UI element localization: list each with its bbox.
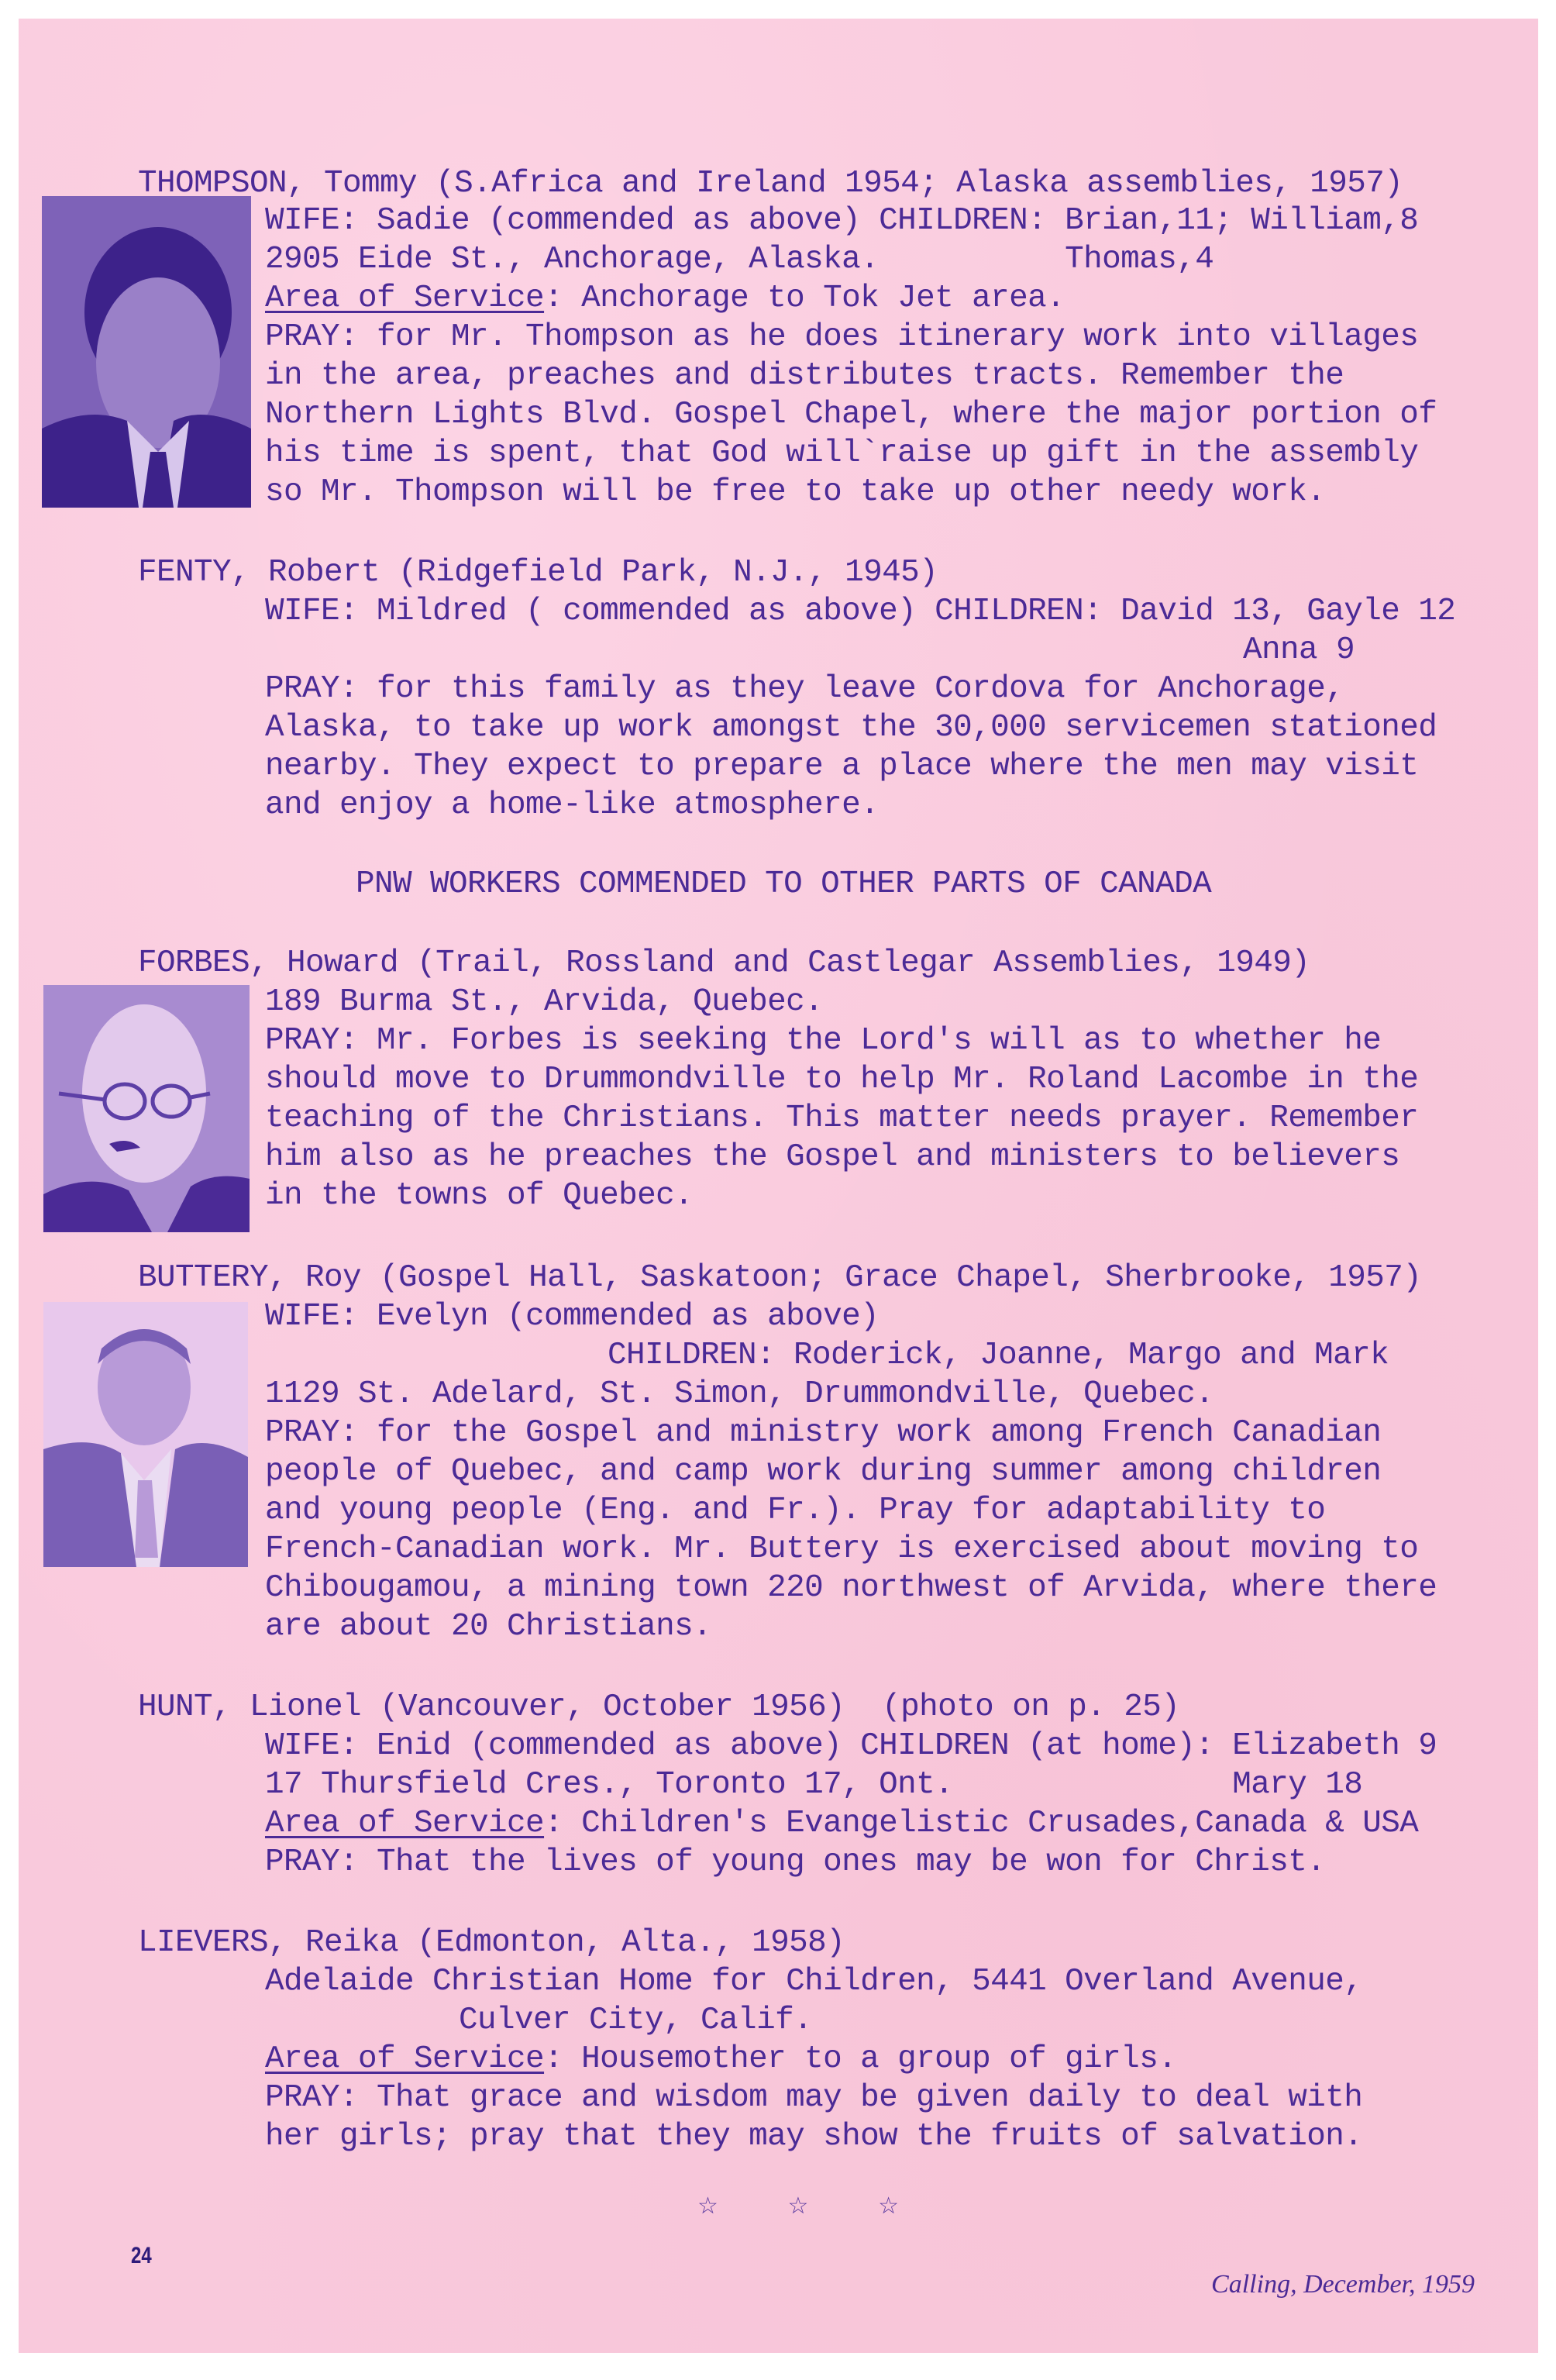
entry-lievers-pray-1: PRAY: That grace and wisdom may be given… bbox=[265, 2079, 1362, 2117]
entry-fenty-pray-1: PRAY: for this family as they leave Cord… bbox=[265, 670, 1344, 708]
entry-fenty-pray-4: and enjoy a home-like atmosphere. bbox=[265, 786, 879, 825]
entry-buttery-address: 1129 St. Adelard, St. Simon, Drummondvil… bbox=[265, 1375, 1213, 1414]
area-of-service-value: : Anchorage to Tok Jet area. bbox=[544, 281, 1065, 316]
entry-fenty-children-cont: Anna 9 bbox=[1243, 631, 1355, 670]
entry-lievers-pray-2: her girls; pray that they may show the f… bbox=[265, 2117, 1362, 2156]
entry-fenty-pray-2: Alaska, to take up work amongst the 30,0… bbox=[265, 708, 1437, 747]
photo-forbes bbox=[43, 985, 250, 1232]
star-divider: ☆ ☆ ☆ bbox=[682, 2192, 914, 2220]
entry-thompson-area: Area of Service: Anchorage to Tok Jet ar… bbox=[265, 279, 1065, 318]
entry-hunt-area: Area of Service: Children's Evangelistic… bbox=[265, 1804, 1418, 1843]
entry-buttery-pray-5: Chibougamou, a mining town 220 northwest… bbox=[265, 1569, 1437, 1607]
star-outline-icon: ☆ bbox=[788, 2192, 809, 2220]
publication-footer: Calling, December, 1959 bbox=[1211, 2270, 1475, 2299]
entry-buttery-pray-2: people of Quebec, and camp work during s… bbox=[265, 1452, 1381, 1491]
star-outline-icon: ☆ bbox=[697, 2192, 718, 2220]
entry-lievers-address-2: Culver City, Calif. bbox=[459, 2001, 812, 2040]
entry-thompson-pray-3: Northern Lights Blvd. Gospel Chapel, whe… bbox=[265, 395, 1437, 434]
area-of-service-label: Area of Service bbox=[265, 1806, 544, 1841]
portrait-image bbox=[43, 1302, 248, 1567]
photo-buttery bbox=[43, 1302, 248, 1567]
entry-forbes-pray-3: teaching of the Christians. This matter … bbox=[265, 1099, 1418, 1138]
area-of-service-label: Area of Service bbox=[265, 281, 544, 316]
portrait-image bbox=[42, 196, 251, 508]
entry-forbes-pray-1: PRAY: Mr. Forbes is seeking the Lord's w… bbox=[265, 1021, 1381, 1060]
entry-thompson-wife: WIFE: Sadie (commended as above) CHILDRE… bbox=[265, 201, 1418, 240]
area-of-service-value: : Housemother to a group of girls. bbox=[544, 2041, 1176, 2077]
entry-hunt-address: 17 Thursfield Cres., Toronto 17, Ont. Ma… bbox=[265, 1765, 1362, 1804]
entry-thompson-heading: THOMPSON, Tommy (S.Africa and Ireland 19… bbox=[138, 164, 1403, 203]
photo-thompson bbox=[42, 196, 251, 508]
entry-fenty-pray-3: nearby. They expect to prepare a place w… bbox=[265, 747, 1418, 786]
entry-thompson-pray-2: in the area, preaches and distributes tr… bbox=[265, 356, 1344, 395]
entry-buttery-pray-1: PRAY: for the Gospel and ministry work a… bbox=[265, 1414, 1381, 1452]
entry-forbes-pray-5: in the towns of Quebec. bbox=[265, 1176, 693, 1215]
entry-thompson-pray-4: his time is spent, that God will`raise u… bbox=[265, 434, 1418, 473]
entry-buttery-pray-3: and young people (Eng. and Fr.). Pray fo… bbox=[265, 1491, 1325, 1530]
entry-forbes-heading: FORBES, Howard (Trail, Rossland and Cast… bbox=[138, 944, 1310, 983]
entry-hunt-pray: PRAY: That the lives of young ones may b… bbox=[265, 1843, 1325, 1882]
star-outline-icon: ☆ bbox=[878, 2192, 899, 2220]
entry-fenty-heading: FENTY, Robert (Ridgefield Park, N.J., 19… bbox=[138, 553, 938, 592]
entry-lievers-address-1: Adelaide Christian Home for Children, 54… bbox=[265, 1962, 1362, 2001]
entry-thompson-pray-5: so Mr. Thompson will be free to take up … bbox=[265, 473, 1325, 511]
entry-forbes-pray-4: him also as he preaches the Gospel and m… bbox=[265, 1138, 1399, 1176]
area-of-service-value: : Children's Evangelistic Crusades,Canad… bbox=[544, 1806, 1418, 1841]
entry-buttery-heading: BUTTERY, Roy (Gospel Hall, Saskatoon; Gr… bbox=[138, 1259, 1421, 1297]
entry-buttery-pray-4: French-Canadian work. Mr. Buttery is exe… bbox=[265, 1530, 1418, 1569]
entry-hunt-heading: HUNT, Lionel (Vancouver, October 1956) (… bbox=[138, 1688, 1179, 1727]
entry-lievers-heading: LIEVERS, Reika (Edmonton, Alta., 1958) bbox=[138, 1924, 845, 1962]
entry-forbes-pray-2: should move to Drummondville to help Mr.… bbox=[265, 1060, 1418, 1099]
magazine-page: THOMPSON, Tommy (S.Africa and Ireland 19… bbox=[19, 19, 1538, 2353]
entry-lievers-area: Area of Service: Housemother to a group … bbox=[265, 2040, 1176, 2079]
entry-thompson-address: 2905 Eide St., Anchorage, Alaska. Thomas… bbox=[265, 240, 1213, 279]
entry-thompson-pray-1: PRAY: for Mr. Thompson as he does itiner… bbox=[265, 318, 1418, 356]
portrait-image bbox=[43, 985, 250, 1232]
entry-buttery-pray-6: are about 20 Christians. bbox=[265, 1607, 711, 1646]
entry-forbes-address: 189 Burma St., Arvida, Quebec. bbox=[265, 983, 823, 1021]
section-heading: PNW WORKERS COMMENDED TO OTHER PARTS OF … bbox=[356, 865, 1211, 904]
entry-fenty-wife: WIFE: Mildred ( commended as above) CHIL… bbox=[265, 592, 1455, 631]
entry-buttery-wife: WIFE: Evelyn (commended as above) bbox=[265, 1297, 879, 1336]
entry-buttery-children: CHILDREN: Roderick, Joanne, Margo and Ma… bbox=[608, 1336, 1389, 1375]
area-of-service-label: Area of Service bbox=[265, 2041, 544, 2077]
page-number: 24 bbox=[131, 2243, 152, 2269]
entry-hunt-wife: WIFE: Enid (commended as above) CHILDREN… bbox=[265, 1727, 1437, 1765]
